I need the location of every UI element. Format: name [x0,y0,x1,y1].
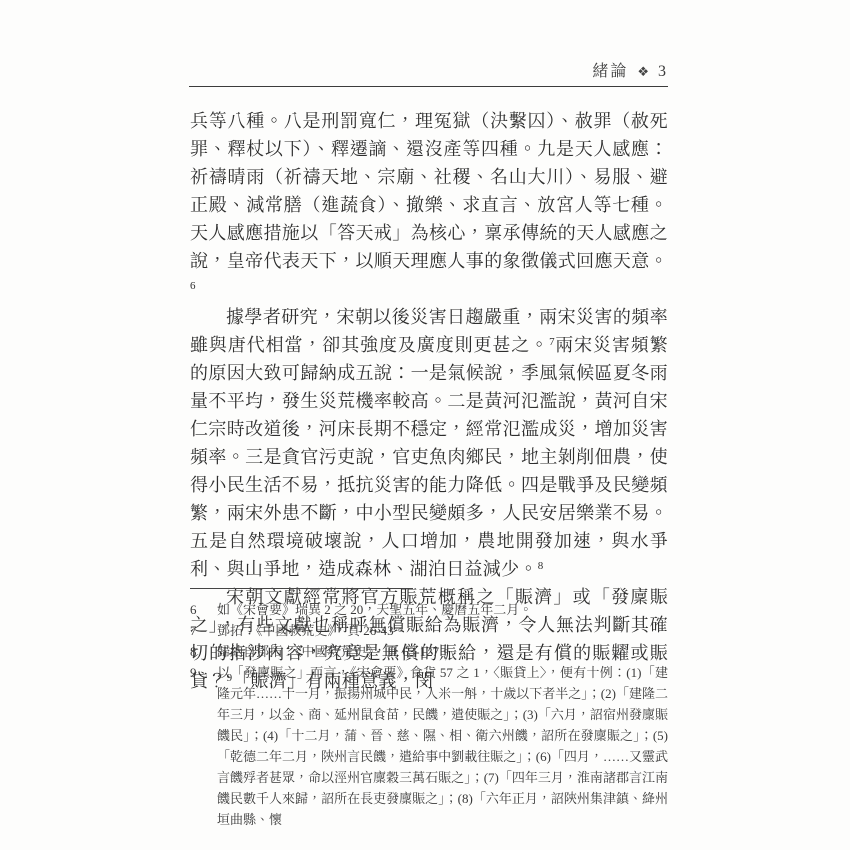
footnote: 9以「發廩賑之」而言，《宋會要》食貨 57 之 1，〈賑貸上〉，便有十例：(1)… [190,662,668,830]
body-text-run: 兩宋災害頻繁的原因大致可歸納成五說：一是氣候說，季風氣候區夏冬雨量不平均，發生災… [190,335,668,579]
header-rule [189,86,668,87]
footnote-ref: 6 [190,280,196,292]
running-header: 緒論 ❖ 3 [189,58,668,81]
page-number: 3 [658,63,668,80]
diamond-ornament-icon: ❖ [634,64,652,79]
body-paragraph: 兵等八種。八是刑罰寬仁，理冤獄（決繫囚）、赦罪（赦死罪、釋杖以下）、釋遷謫、還沒… [190,107,668,303]
footnote-number: 8 [190,641,217,662]
body-paragraph: 據學者研究，宋朝以後災害日趨嚴重，兩宋災害的頻率雖與唐代相當，卻其強度及廣度則更… [190,303,668,583]
footnote-ref: 8 [538,560,544,572]
body-text-run: 兵等八種。八是刑罰寬仁，理冤獄（決繫囚）、赦罪（赦死罪、釋杖以下）、釋遷謫、還沒… [190,111,668,271]
footnote: 8歸納自鄧拓：《中國救荒史》，頁 63-127。 [190,641,668,662]
footnotes: 6如《宋會要》瑞異 2 之 20，天聖五年、慶曆五年二月。7鄧拓：《中國救荒史》… [190,599,668,830]
footnote-number: 7 [190,620,217,641]
running-title: 緒論 [592,63,628,80]
footnote: 6如《宋會要》瑞異 2 之 20，天聖五年、慶曆五年二月。 [190,599,668,620]
footnote-number: 6 [190,599,217,620]
footnote-text: 以「發廩賑之」而言，《宋會要》食貨 57 之 1，〈賑貸上〉，便有十例：(1)「… [217,665,668,827]
book-page: 緒論 ❖ 3 兵等八種。八是刑罰寬仁，理冤獄（決繫囚）、赦罪（赦死罪、釋杖以下）… [0,0,850,850]
footnote-text: 鄧拓：《中國救荒史》，頁 26-43。 [217,623,407,638]
footnote-separator [190,588,413,589]
footnote-text: 歸納自鄧拓：《中國救荒史》，頁 63-127。 [217,644,452,659]
footnote-number: 9 [190,662,217,683]
footnote: 7鄧拓：《中國救荒史》，頁 26-43。 [190,620,668,641]
footnote-text: 如《宋會要》瑞異 2 之 20，天聖五年、慶曆五年二月。 [217,602,532,617]
